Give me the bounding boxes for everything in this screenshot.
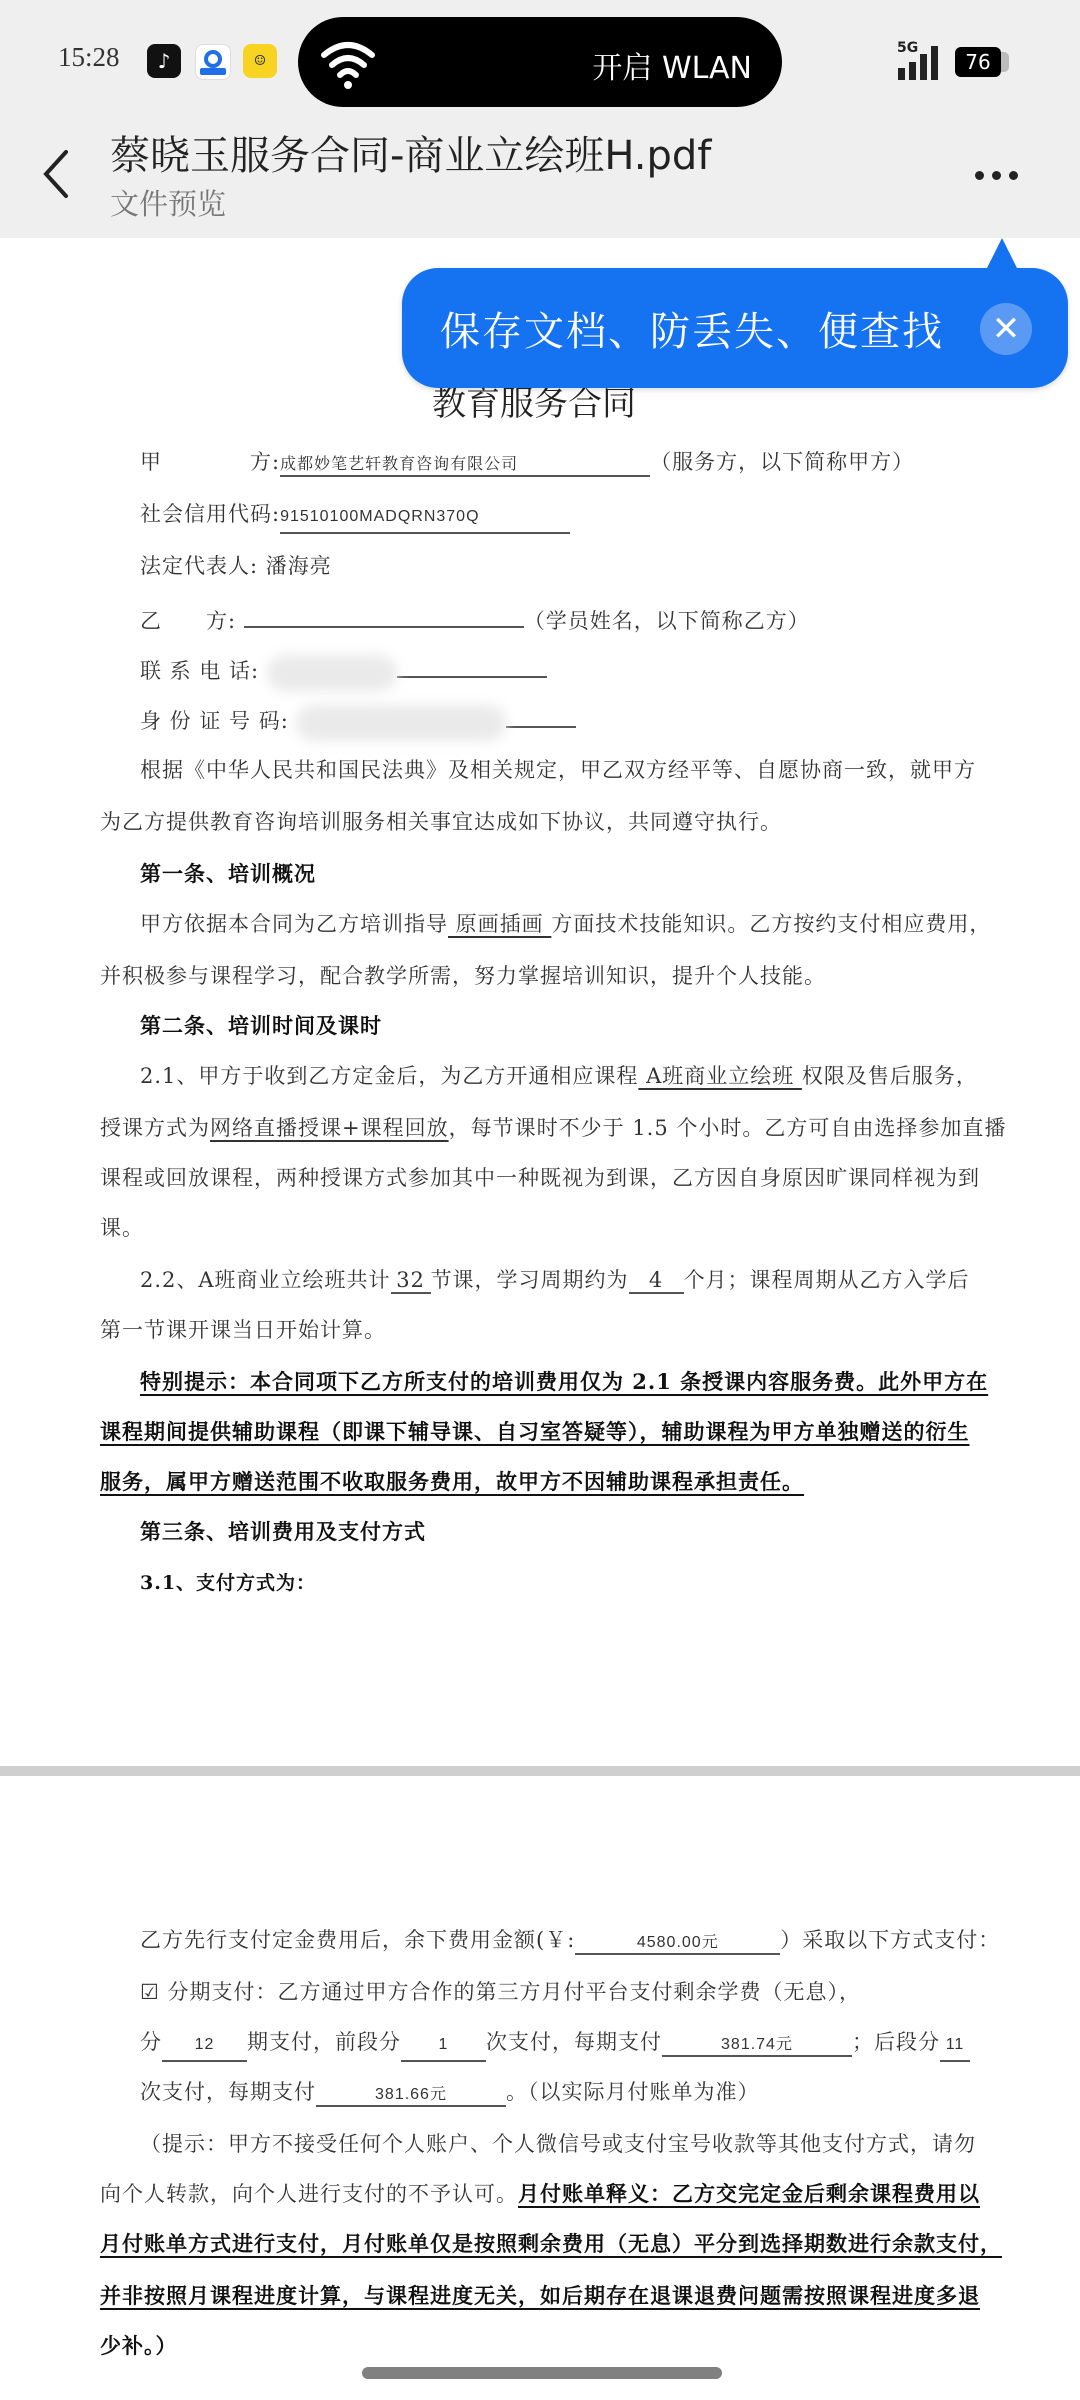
text: 期支付，前段分 xyxy=(247,2030,401,2054)
text: 授课方式为 xyxy=(100,1116,210,1140)
more-dot-icon xyxy=(992,171,1001,180)
article-3-1: 3.1、支付方式为： xyxy=(140,1568,316,1595)
legal-rep-row: 法定代表人: 潘海亮 xyxy=(140,550,332,580)
signal-icon xyxy=(890,42,946,80)
article-1-title: 第一条、培训概况 xyxy=(140,858,316,888)
id-blank xyxy=(506,702,576,728)
text: 甲方依据本合同为乙方培训指导 xyxy=(140,912,448,936)
article-3-title: 第三条、培训费用及支付方式 xyxy=(140,1516,426,1546)
article-2-1-line-1: 2.1、甲方于收到乙方定金后，为乙方开通相应课程 A班商业立绘班 权限及售后服务… xyxy=(140,1060,978,1090)
installment-text: 分期支付：乙方通过甲方合作的第三方月付平台支付剩余学费（无息）， xyxy=(168,1980,862,2004)
credit-code-row: 社会信用代码:91510100MADQRN370Q xyxy=(140,498,570,534)
more-dot-icon xyxy=(975,171,984,180)
tip-line-5: 少补。） xyxy=(100,2330,178,2360)
legal-rep-label: 法定代表人: xyxy=(140,554,258,578)
file-subtitle: 文件预览 xyxy=(110,182,226,223)
dynamic-island-wlan[interactable]: 开启 WLAN xyxy=(298,17,782,107)
article-1-line-2: 并积极参与课程学习，配合教学所需，努力掌握培训知识，提升个人技能。 xyxy=(100,960,826,990)
course-name-field: A班商业立绘班 xyxy=(638,1064,802,1088)
id-redacted xyxy=(296,705,506,741)
status-bar: 15:28 ♪ ☺ 开启 WLAN 5G 76 xyxy=(0,0,1080,120)
text: 。（以实际月付账单为准） xyxy=(506,2080,760,2104)
phone-blank xyxy=(397,652,547,678)
text: 乙方先行支付定金费用后，余下费用金额(￥: xyxy=(140,1928,575,1952)
special-notice-line-3: 服务，属甲方赠送范围不收取服务费用，故甲方不因辅助课程承担责任。 xyxy=(100,1466,804,1496)
more-dot-icon xyxy=(1009,171,1018,180)
bill-definition-text: 月付账单释义：乙方交完定金后剩余课程费用以 xyxy=(518,2181,980,2206)
intro-line-2: 为乙方提供教育咨询培训服务相关事宜达成如下协议，共同遵守执行。 xyxy=(100,806,782,836)
tiktok-icon: ♪ xyxy=(147,44,181,78)
installment-periods-field: 12 xyxy=(162,2036,247,2062)
party-a-label: 甲 方: xyxy=(140,450,280,474)
clock: 15:28 xyxy=(58,42,120,73)
app-header: 蔡晓玉服务合同-商业立绘班H.pdf 文件预览 xyxy=(0,120,1080,238)
party-a-value: 成都妙笔艺轩教育咨询有限公司 xyxy=(280,451,650,477)
text: ，每节课时不少于 1.5 个小时。乙方可自由选择参加直播 xyxy=(449,1116,1007,1140)
yellow-app-icon: ☺ xyxy=(243,44,277,78)
back-count-field: 11 xyxy=(940,2036,970,2062)
tooltip-text: 保存文档、防丢失、便查找 xyxy=(440,300,944,357)
lesson-count-field: 32 xyxy=(391,1268,431,1294)
party-b-label: 乙 方: xyxy=(140,609,236,633)
tip-line-3: 月付账单方式进行支付，月付账单仅是按照剩余费用（无息）平分到选择期数进行余款支付… xyxy=(100,2228,1002,2258)
credit-code-label: 社会信用代码: xyxy=(140,502,280,526)
intro-line-1: 根据《中华人民共和国民法典》及相关规定，甲乙双方经平等、自愿协商一致，就甲方 xyxy=(140,754,976,784)
text: 2.1、甲方于收到乙方定金后，为乙方开通相应课程 xyxy=(140,1064,638,1088)
remaining-amount-field: 4580.00元 xyxy=(575,1929,780,1955)
more-menu-button[interactable] xyxy=(975,160,1035,190)
installment-detail-line-1: 分12期支付，前段分1次支付，每期支付381.74元；后段分11 xyxy=(140,2026,970,2062)
party-b-note: （学员姓名，以下简称乙方） xyxy=(524,609,810,633)
article-2-1-line-2: 授课方式为网络直播授课+课程回放，每节课时不少于 1.5 个小时。乙方可自由选择… xyxy=(100,1112,1006,1142)
article-2-title: 第二条、培训时间及课时 xyxy=(140,1010,382,1040)
installment-detail-line-2: 次支付，每期支付381.66元。（以实际月付账单为准） xyxy=(140,2076,760,2107)
article-2-2-line-1: 2.2、A班商业立绘班共计32节课，学习周期约为4个月；课程周期从乙方入学后 xyxy=(140,1264,970,1294)
text: 次支付，每期支付 xyxy=(140,2080,316,2104)
teaching-method-field: 网络直播授课+课程回放 xyxy=(210,1116,449,1140)
file-title: 蔡晓玉服务合同-商业立绘班H.pdf xyxy=(110,124,711,181)
text: 2.2、A班商业立绘班共计 xyxy=(140,1268,391,1292)
party-a-row: 甲 方:成都妙笔艺轩教育咨询有限公司（服务方，以下简称甲方） xyxy=(140,446,914,477)
party-b-row: 乙 方: （学员姓名，以下简称乙方） xyxy=(140,602,810,635)
battery-icon: 76 xyxy=(955,47,1001,77)
special-notice-line-1: 特别提示：本合同项下乙方所支付的培训费用仅为 2.1 条授课内容服务费。此外甲方… xyxy=(140,1366,988,1396)
text: 次支付，每期支付 xyxy=(486,2030,662,2054)
id-row: 身 份 证 号 码: xyxy=(140,702,576,741)
tip-line-4: 并非按照月课程进度计算，与课程进度无关，如后期存在退课退费问题需按照课程进度多退 xyxy=(100,2280,980,2310)
text: ）采取以下方式支付： xyxy=(780,1928,1000,1952)
front-amount-field: 381.74元 xyxy=(662,2031,852,2057)
course-direction-field: 原画插画 xyxy=(448,912,551,936)
id-label: 身 份 证 号 码: xyxy=(140,709,289,733)
article-1-line-1: 甲方依据本合同为乙方培训指导 原画插画 方面技术技能知识。乙方按约支付相应费用， xyxy=(140,908,991,938)
text: ；后段分 xyxy=(852,2030,940,2054)
home-indicator[interactable] xyxy=(362,2367,722,2379)
wlan-label: 开启 WLAN xyxy=(592,43,752,87)
blue-app-icon xyxy=(195,44,231,80)
text: 分 xyxy=(140,2030,162,2054)
tip-line-1: （提示：甲方不接受任何个人账户、个人微信号或支付宝号收款等其他支付方式，请勿 xyxy=(140,2128,976,2158)
payment-line-1: 乙方先行支付定金费用后，余下费用金额(￥:4580.00元）采取以下方式支付： xyxy=(140,1924,1000,1955)
back-amount-field: 381.66元 xyxy=(316,2081,506,2107)
credit-code-value: 91510100MADQRN370Q xyxy=(280,508,570,534)
legal-rep-value: 潘海亮 xyxy=(266,554,332,578)
battery-cap xyxy=(1001,52,1009,72)
wifi-icon xyxy=(318,35,378,91)
installment-row: ☑ 分期支付：乙方通过甲方合作的第三方月付平台支付剩余学费（无息）， xyxy=(140,1976,861,2006)
article-2-1-line-4: 课。 xyxy=(100,1212,144,1242)
phone-redacted xyxy=(267,655,397,691)
party-b-value-redacted xyxy=(244,602,524,628)
article-2-2-line-2: 第一节课开课当日开始计算。 xyxy=(100,1314,386,1344)
text: 节课，学习周期约为 xyxy=(431,1268,629,1292)
save-document-tooltip[interactable]: 保存文档、防丢失、便查找 ✕ xyxy=(402,268,1068,388)
party-a-note: （服务方，以下简称甲方） xyxy=(650,450,914,474)
close-icon[interactable]: ✕ xyxy=(980,303,1032,355)
back-arrow-icon[interactable] xyxy=(36,144,76,204)
tip-line-2: 向个人转款，向个人进行支付的不予认可。月付账单释义：乙方交完定金后剩余课程费用以 xyxy=(100,2178,980,2208)
month-count-field: 4 xyxy=(629,1268,684,1294)
front-count-field: 1 xyxy=(401,2036,486,2062)
special-notice-line-2: 课程期间提供辅助课程（即课下辅导课、自习室答疑等），辅助课程为甲方单独赠送的衍生 xyxy=(100,1416,970,1446)
checkbox-checked-icon[interactable]: ☑ xyxy=(140,1980,160,2004)
phone-row: 联 系 电 话: xyxy=(140,652,547,691)
text: 方面技术技能知识。乙方按约支付相应费用， xyxy=(551,912,991,936)
page-separator xyxy=(0,1766,1080,1776)
text: 个月；课程周期从乙方入学后 xyxy=(684,1268,970,1292)
article-2-1-line-3: 课程或回放课程，两种授课方式参加其中一种既视为到课，乙方因自身原因旷课同样视为到 xyxy=(100,1162,980,1192)
text: 权限及售后服务， xyxy=(802,1064,978,1088)
phone-label: 联 系 电 话: xyxy=(140,659,259,683)
text: 向个人转款，向个人进行支付的不予认可。 xyxy=(100,2182,518,2206)
